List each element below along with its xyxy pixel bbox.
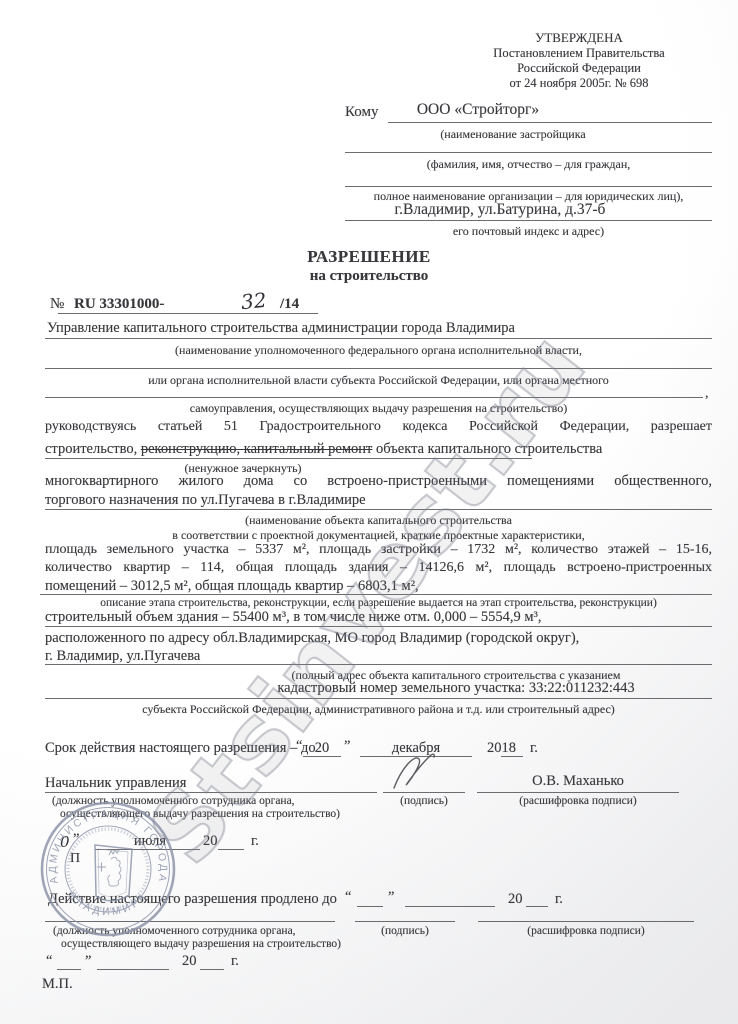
permit-number-prefix: RU 33301000- [74,295,164,313]
blank-line [45,397,703,398]
document-subtitle: на строительство [219,267,519,285]
approved-date-line: от 24 ноября 2005г. № 698 [443,76,715,91]
blank-line [357,906,383,907]
handwritten-signature [391,752,443,794]
object-caption: (наименование объекта капитального строи… [45,513,712,527]
kind-prefix: строительство, [45,441,137,457]
blank-line [355,921,455,922]
kind-struck-text: реконструкцию, капитальный ремонт [141,441,373,457]
permission-kind-line: строительство, реконструкцию, капитальны… [45,441,602,458]
round-stamp: АДМИНИСТРАЦИЯ ГОРОДА ВЛАДИМИРА [36,799,180,939]
builder-name: ООО «Стройторг» [388,101,568,120]
document-title: РАЗРЕШЕНИЕ [219,247,519,267]
blank-line [58,313,318,314]
object-caption: в соответствии с проектной документацией… [45,528,712,542]
project-characteristics-line: площадь земельного участка – 5337 м², пл… [45,542,712,559]
builder-caption: (наименование застройщика [388,127,638,141]
project-characteristics-line: помещений – 3012,5 м², общая площадь ква… [45,578,419,595]
name-caption: (расшифровка подписи) [478,925,694,939]
cadastre-number-line: кадастровый номер земельного участка: 33… [200,680,712,697]
authority-caption: или органа исполнительной власти субъект… [45,373,712,387]
sign-caption: (подпись) [355,925,455,939]
blank-line [200,969,224,970]
blank-line [45,368,712,369]
quote-close: ” [85,953,91,970]
object-address-line: г. Владимир, ул.Пугачева [45,648,200,665]
sign-caption: (подпись) [383,795,465,809]
construction-permit-page: УТВЕРЖДЕНА Постановлением Правительства … [0,0,738,1024]
authority-caption: (наименование уполномоченного федерально… [45,343,712,357]
extension-year-prefix: 20 [508,891,523,908]
number-sign: № [50,295,64,313]
blank-line [45,338,712,339]
permit-number-suffix: /14 [280,295,299,313]
person-caption: (фамилия, имя, отчество – для граждан, [345,157,712,171]
approved-stamp-heading: УТВЕРЖДЕНА [443,30,715,46]
quote-open: “ [345,889,351,906]
validity-day: 20 [305,740,339,757]
project-characteristics-line: количество квартир – 114, общая площадь … [45,560,712,577]
approved-by-line: Постановлением Правительства [443,46,715,61]
quote-close: ” [388,889,394,906]
position-caption: осуществляющего выдачу разрешения на стр… [61,938,341,952]
object-description-line: многоквартирного жилого дома со встроено… [45,473,712,490]
final-date-suffix: г. [231,953,239,970]
blank-line [45,698,712,699]
permission-intro: руководствуясь статьей 51 Градостроитель… [45,419,712,436]
stamp-lion [108,857,121,886]
issue-year-prefix: 20 [203,833,218,850]
extension-suffix: г. [555,891,563,908]
blank-line [477,792,679,793]
authority-name: Управление капитального строительства ад… [47,320,515,337]
signer-name: О.В. Маханько [477,773,679,790]
blank-line [345,186,712,187]
name-caption: (расшифровка подписи) [477,795,679,809]
address-caption: его почтовый индекс и адрес) [345,224,712,238]
to-label: Кому [345,103,378,121]
quote-open: “ [46,953,52,970]
validity-prefix: Срок действия настоящего разрешения – до [45,740,316,757]
blank-line [97,969,169,970]
blank-line [345,220,712,221]
authority-caption: самоуправления, осуществляющих выдачу ра… [45,401,712,415]
blank-line [218,849,244,850]
mp-label: М.П. [42,976,73,993]
signer-position: Начальник управления [45,775,186,792]
object-description-line: торгового назначения по ул.Пугачева в г.… [45,492,366,509]
blank-line [405,906,495,907]
kind-suffix: объекта капитального строительства [376,441,602,457]
region-caption: субъекта Российской Федерации, администр… [45,702,712,716]
quote-open: “ [296,738,302,755]
issue-date-suffix: г. [251,833,259,850]
validity-year: 2018 [487,740,516,757]
blank-line [345,152,712,153]
permit-number-handwritten: 32 [240,288,268,315]
quote-close: ” [344,738,350,755]
final-year-prefix: 20 [182,953,197,970]
blank-line [478,921,694,922]
builder-address: г.Владимир, ул.Батурина, д.37-б [345,201,655,220]
approved-by-line: Российской Федерации [443,61,715,76]
blank-line [388,122,712,123]
blank-line [526,906,548,907]
year-suffix: г. [530,740,538,757]
object-address-line: расположенного по адресу обл.Владимирска… [45,630,579,647]
building-volume-line: строительный объем здания – 55400 м³, в … [45,609,542,626]
blank-line [57,969,81,970]
